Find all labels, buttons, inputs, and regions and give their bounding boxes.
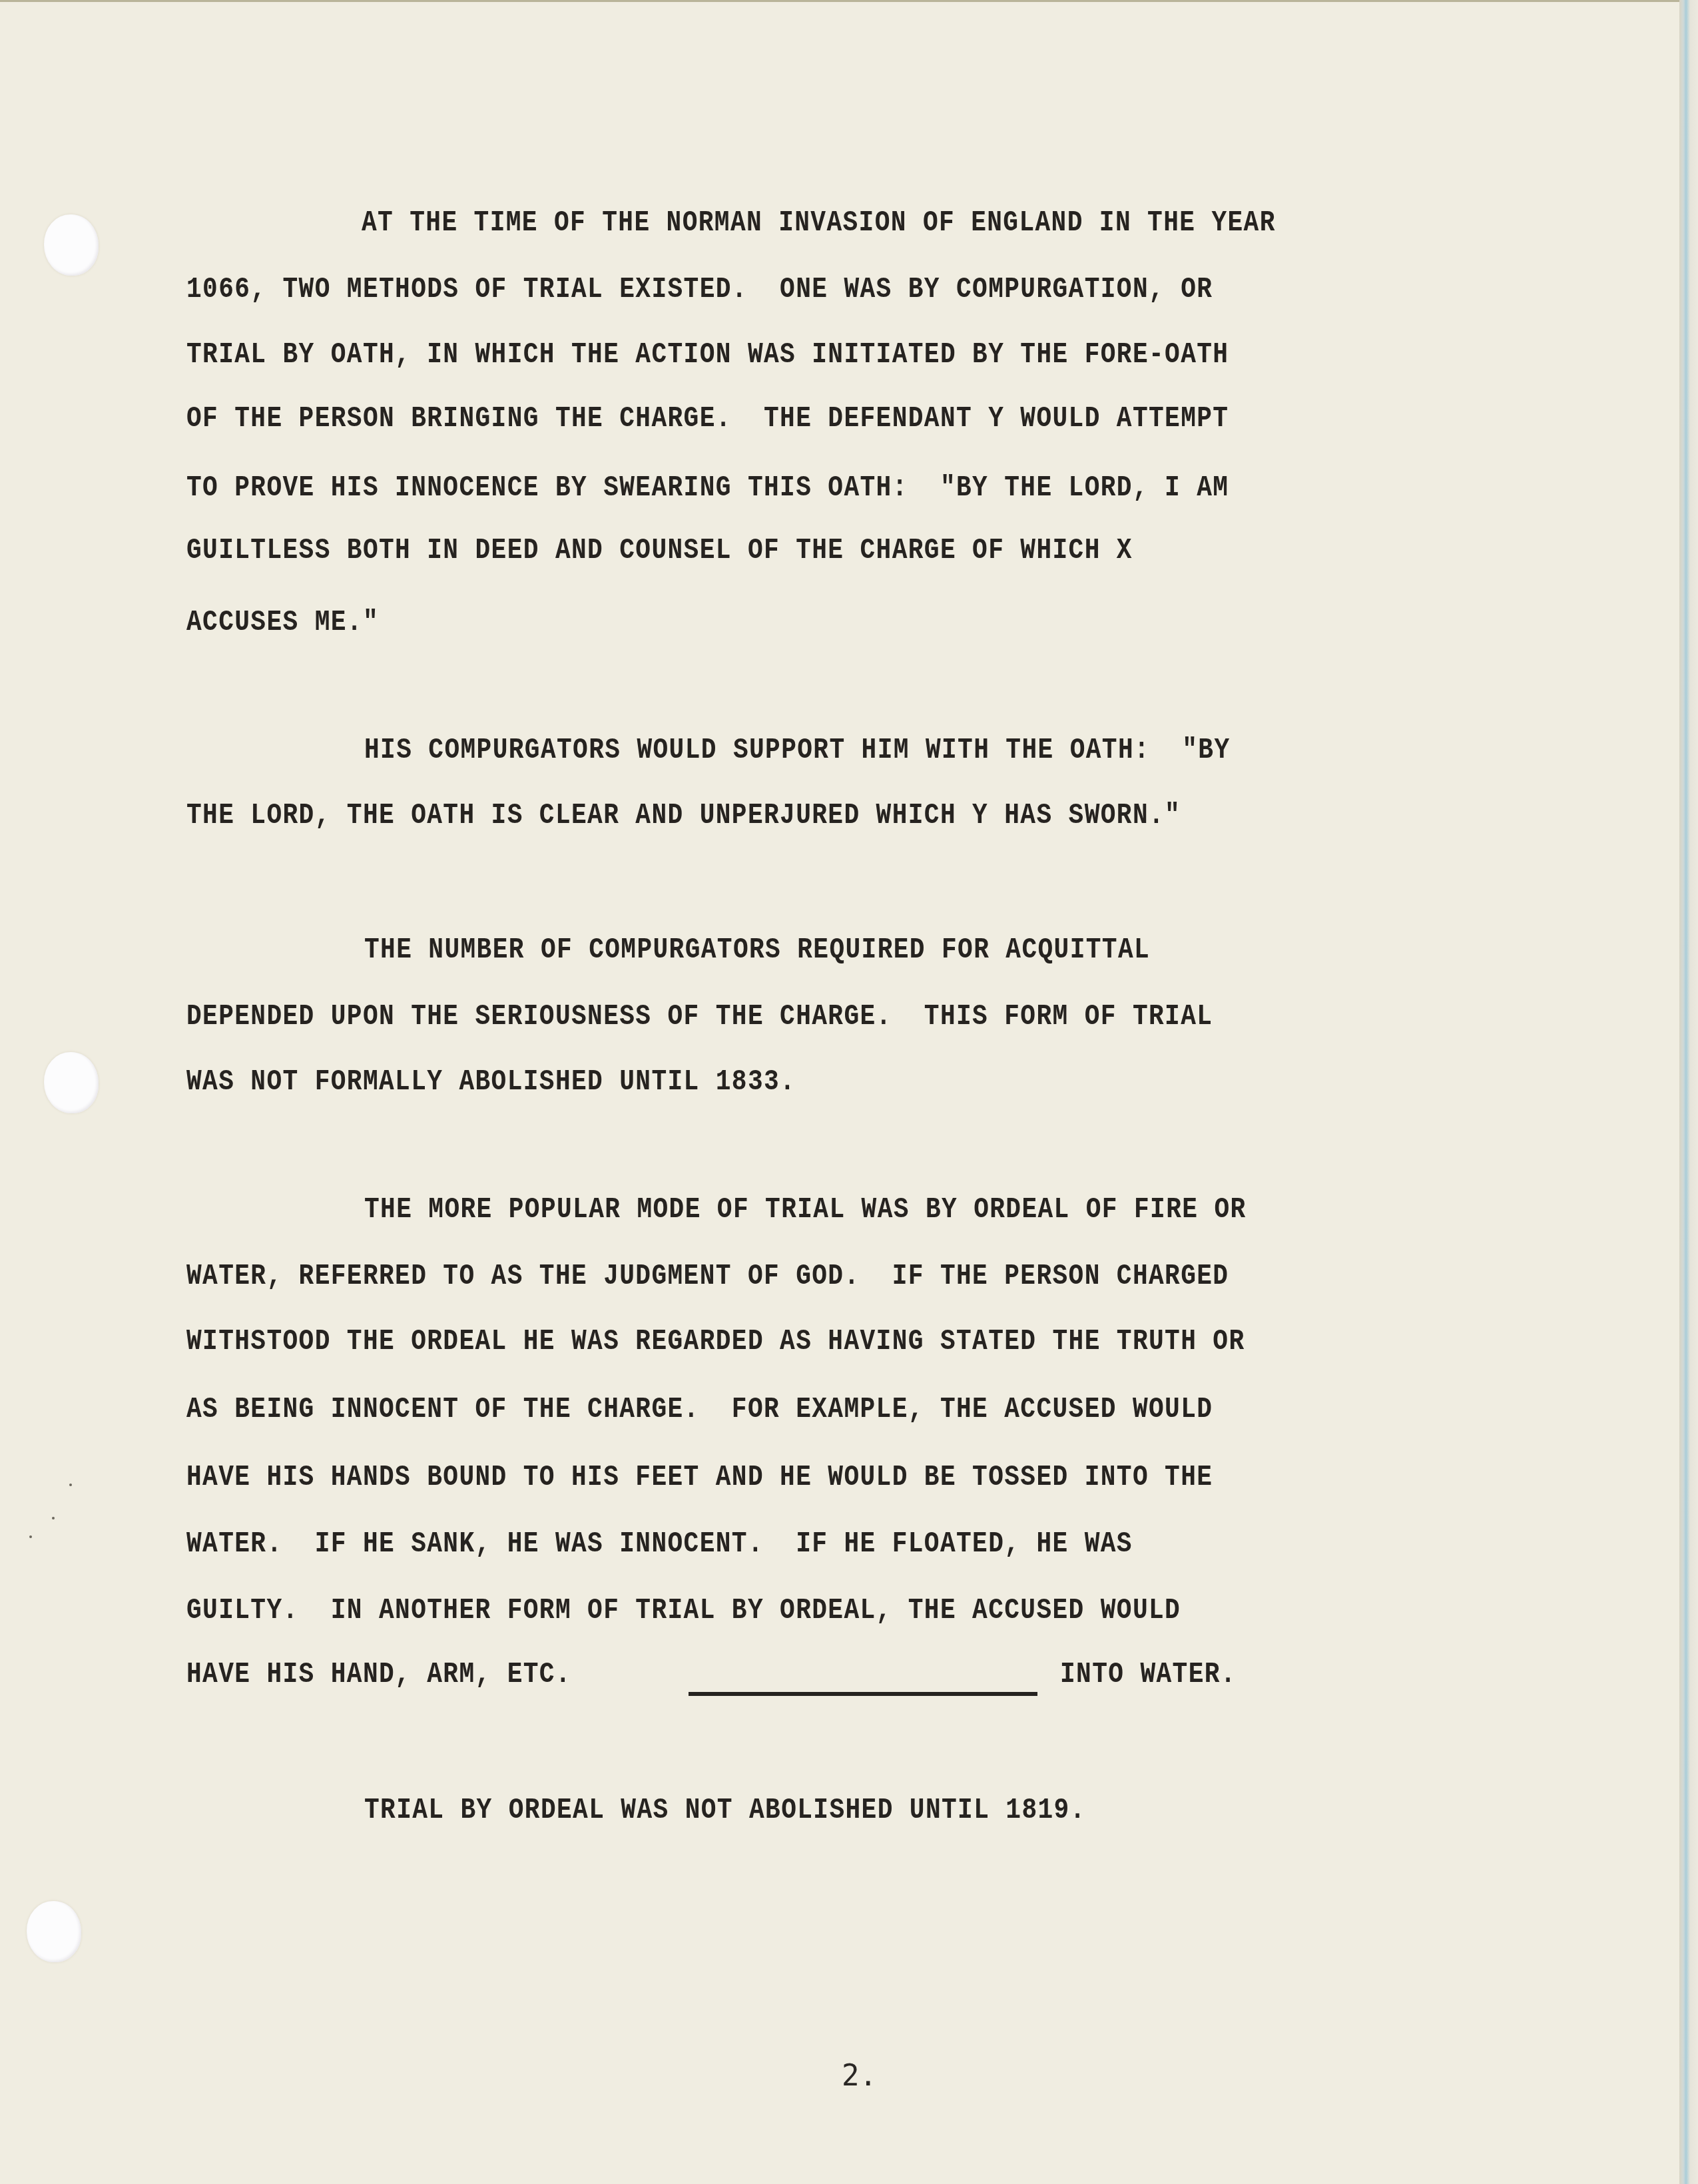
- text-line: HAVE HIS HANDS BOUND TO HIS FEET AND HE …: [186, 1461, 1213, 1494]
- page-number: 2.: [842, 2059, 877, 2093]
- text-line: TRIAL BY ORDEAL WAS NOT ABOLISHED UNTIL …: [364, 1794, 1086, 1827]
- fill-in-blank[interactable]: [689, 1692, 1037, 1696]
- text-line: WITHSTOOD THE ORDEAL HE WAS REGARDED AS …: [186, 1325, 1245, 1358]
- punch-hole-top: [44, 214, 99, 276]
- text-line: WAS NOT FORMALLY ABOLISHED UNTIL 1833.: [186, 1065, 796, 1099]
- paper-speck: [52, 1517, 55, 1519]
- text-line: 1066, TWO METHODS OF TRIAL EXISTED. ONE …: [186, 273, 1213, 306]
- text-line: THE LORD, THE OATH IS CLEAR AND UNPERJUR…: [186, 799, 1181, 832]
- text-line: OF THE PERSON BRINGING THE CHARGE. THE D…: [186, 402, 1229, 435]
- text-line: THE NUMBER OF COMPURGATORS REQUIRED FOR …: [364, 934, 1150, 967]
- text-line: TO PROVE HIS INNOCENCE BY SWEARING THIS …: [186, 471, 1229, 505]
- text-line: WATER. IF HE SANK, HE WAS INNOCENT. IF H…: [186, 1527, 1133, 1561]
- text-line: GUILTY. IN ANOTHER FORM OF TRIAL BY ORDE…: [186, 1594, 1181, 1627]
- document-page: AT THE TIME OF THE NORMAN INVASION OF EN…: [0, 0, 1679, 2184]
- text-line: WATER, REFERRED TO AS THE JUDGMENT OF GO…: [186, 1260, 1229, 1293]
- text-line: AT THE TIME OF THE NORMAN INVASION OF EN…: [362, 206, 1276, 240]
- text-line: AS BEING INNOCENT OF THE CHARGE. FOR EXA…: [186, 1393, 1213, 1426]
- page-right-edge: [1679, 0, 1698, 2184]
- punch-hole-bottom: [27, 1901, 81, 1962]
- text-line: THE MORE POPULAR MODE OF TRIAL WAS BY OR…: [364, 1193, 1247, 1227]
- paper-speck: [69, 1484, 72, 1486]
- text-line: ACCUSES ME.": [186, 606, 379, 639]
- text-line: DEPENDED UPON THE SERIOUSNESS OF THE CHA…: [186, 1000, 1213, 1033]
- text-line: TRIAL BY OATH, IN WHICH THE ACTION WAS I…: [186, 338, 1229, 372]
- text-line-before-blank: HAVE HIS HAND, ARM, ETC.: [186, 1658, 571, 1691]
- paper-speck: [29, 1535, 32, 1538]
- page-top-edge: [0, 0, 1679, 2]
- text-line: GUILTLESS BOTH IN DEED AND COUNSEL OF TH…: [186, 534, 1133, 567]
- text-line: HIS COMPURGATORS WOULD SUPPORT HIM WITH …: [364, 734, 1231, 767]
- punch-hole-middle: [44, 1052, 99, 1113]
- text-line-after-blank: INTO WATER.: [1060, 1658, 1237, 1691]
